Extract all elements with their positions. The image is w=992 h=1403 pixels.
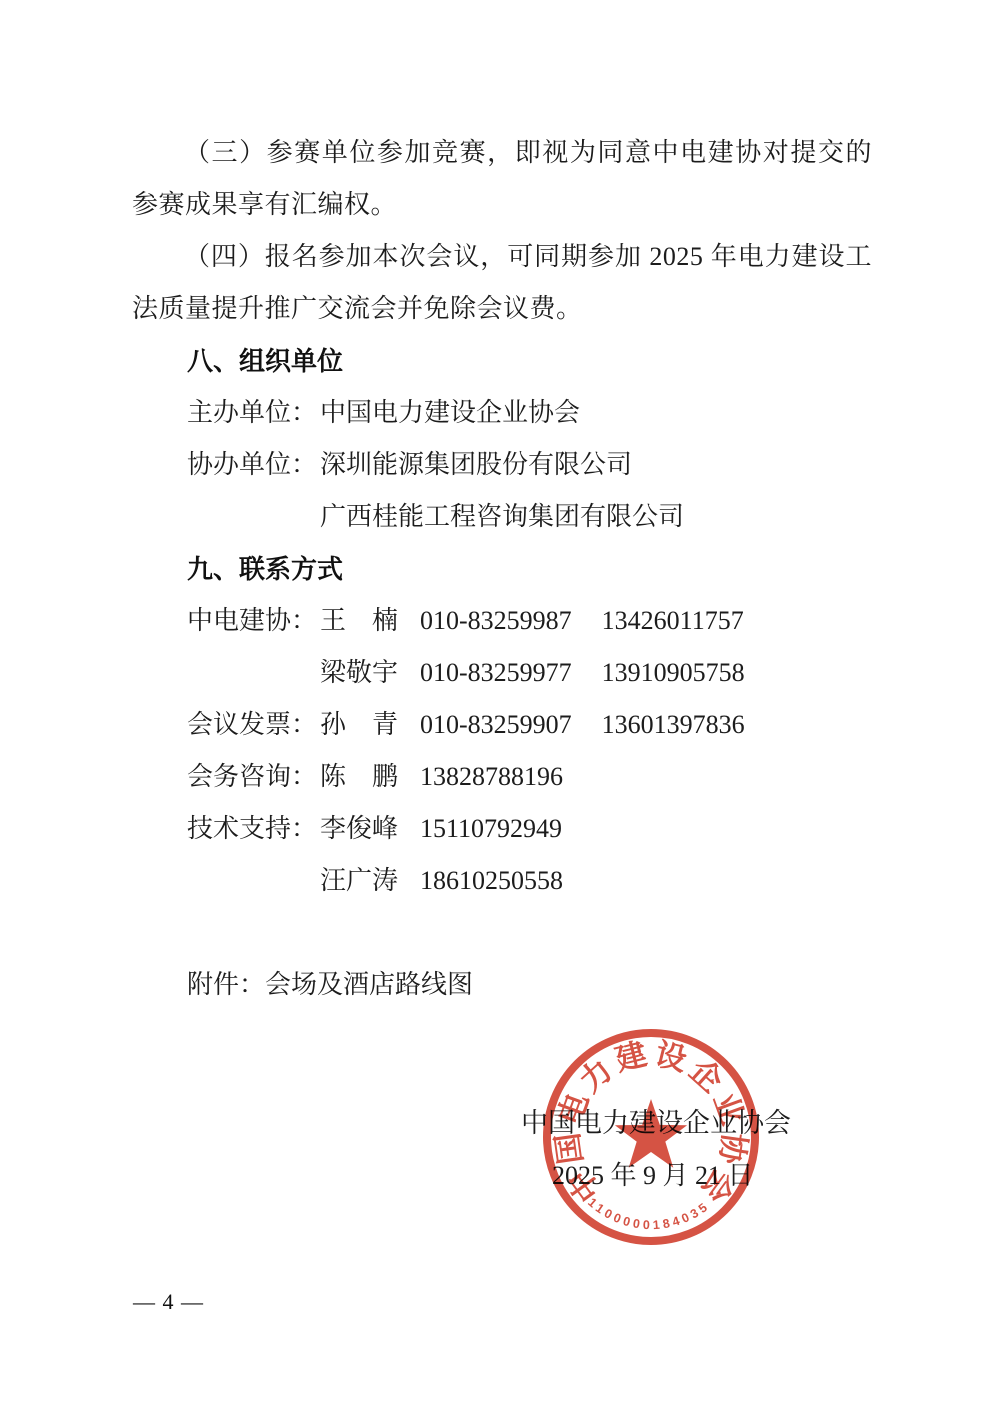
seal-ring-char: 设 xyxy=(652,1036,691,1077)
seal-ring-char: 建 xyxy=(612,1036,651,1077)
seal-ring-char: 协 xyxy=(713,1131,752,1168)
org-co-label: 协办单位： xyxy=(187,439,320,491)
org-co-label-empty xyxy=(187,491,320,543)
seal-ring-char: 国 xyxy=(550,1131,589,1167)
contact-row: 汪广涛 18610250558 xyxy=(132,855,872,907)
contact-name: 汪广涛 xyxy=(320,855,420,907)
section-heading-organizers: 八、组织单位 xyxy=(132,335,872,387)
contact-mobile: 13601397836 xyxy=(602,699,745,751)
page-number: — 4 — xyxy=(133,1289,204,1315)
contact-label xyxy=(187,855,320,907)
contact-row: 中电建协： 王 楠 010-83259987 13426011757 xyxy=(132,595,872,647)
contact-mobile: 13426011757 xyxy=(602,595,744,647)
official-seal-stamp-icon: 中国电力建设企业协会 1100000184035 xyxy=(511,997,791,1277)
attachment-value: 会场及酒店路线图 xyxy=(265,959,473,1011)
org-row-host: 主办单位： 中国电力建设企业协会 xyxy=(132,387,872,439)
contact-phone: 15110792949 xyxy=(420,803,562,855)
org-co-value-2: 广西桂能工程咨询集团有限公司 xyxy=(320,491,684,543)
document-page: （三）参赛单位参加竞赛，即视为同意中电建协对提交的参赛成果享有汇编权。 （四）报… xyxy=(0,0,992,1403)
attachment-label: 附件： xyxy=(187,959,265,1011)
document-body: （三）参赛单位参加竞赛，即视为同意中电建协对提交的参赛成果享有汇编权。 （四）报… xyxy=(132,127,872,1011)
org-row-co-organizer: 协办单位： 深圳能源集团股份有限公司 xyxy=(132,439,872,491)
contact-name: 梁敬宇 xyxy=(320,647,420,699)
contact-phone: 010-83259907 xyxy=(420,699,572,751)
contact-row: 技术支持： 李俊峰 15110792949 xyxy=(132,803,872,855)
contact-label: 中电建协： xyxy=(187,595,320,647)
contact-label xyxy=(187,647,320,699)
contact-phone: 13828788196 xyxy=(420,751,563,803)
contact-mobile: 13910905758 xyxy=(602,647,745,699)
contact-label: 技术支持： xyxy=(187,803,320,855)
contact-name: 王 楠 xyxy=(320,595,420,647)
org-co-value-1: 深圳能源集团股份有限公司 xyxy=(320,439,632,491)
contact-row: 会议发票： 孙 青 010-83259907 13601397836 xyxy=(132,699,872,751)
contact-name: 李俊峰 xyxy=(320,803,420,855)
org-host-value: 中国电力建设企业协会 xyxy=(320,387,580,439)
contact-phone: 010-83259987 xyxy=(420,595,572,647)
contact-phone: 18610250558 xyxy=(420,855,563,907)
contact-label: 会务咨询： xyxy=(187,751,320,803)
contact-row: 梁敬宇 010-83259977 13910905758 xyxy=(132,647,872,699)
contact-name: 孙 青 xyxy=(320,699,420,751)
contact-row: 会务咨询： 陈 鹏 13828788196 xyxy=(132,751,872,803)
seal-star-icon xyxy=(615,1099,687,1168)
paragraph-item-3: （三）参赛单位参加竞赛，即视为同意中电建协对提交的参赛成果享有汇编权。 xyxy=(132,127,872,231)
org-row-co-organizer-2: 广西桂能工程咨询集团有限公司 xyxy=(132,491,872,543)
contact-phone: 010-83259977 xyxy=(420,647,572,699)
contact-name: 陈 鹏 xyxy=(320,751,420,803)
org-host-label: 主办单位： xyxy=(187,387,320,439)
contact-label: 会议发票： xyxy=(187,699,320,751)
section-heading-contacts: 九、联系方式 xyxy=(132,543,872,595)
paragraph-item-4: （四）报名参加本次会议，可同期参加 2025 年电力建设工法质量提升推广交流会并… xyxy=(132,231,872,335)
